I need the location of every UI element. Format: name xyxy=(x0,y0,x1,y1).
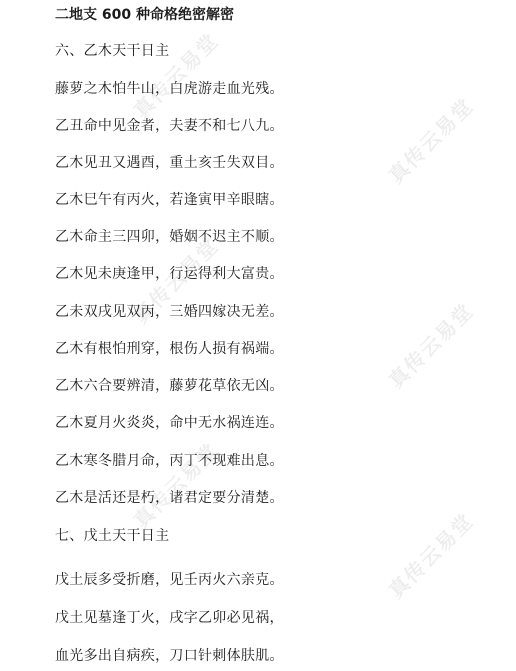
watermark: 真传云易堂 xyxy=(381,505,479,603)
verse-line: 乙未双戌见双丙，三婚四嫁决无差。 xyxy=(55,303,284,321)
verse-line: 乙木夏月火炎炎，命中无水祸连连。 xyxy=(55,414,284,432)
verse-line: 乙木见未庚逢甲，行运得利大富贵。 xyxy=(55,265,284,283)
watermark: 真传云易堂 xyxy=(381,295,479,393)
verse-line: 戊土见墓逢丁火，戌字乙卯必见祸， xyxy=(55,609,284,627)
document-page: 真传云易堂 真传云易堂 真传云易堂 真传云易堂 真传云易堂 真传云易堂 二地支 … xyxy=(0,0,516,671)
document-title: 二地支 600 种命格绝密解密 xyxy=(55,6,234,24)
verse-line: 藤萝之木怕牛山，白虎游走血光残。 xyxy=(55,80,284,98)
verse-line: 血光多出自病疾，刀口针刺体肤肌。 xyxy=(55,647,284,665)
section-heading: 七、戊土天干日主 xyxy=(55,527,169,545)
verse-line: 乙木见丑又遇酉，重土亥壬失双目。 xyxy=(55,154,284,172)
verse-line: 乙木有根怕刑穿，根伤人损有祸端。 xyxy=(55,340,284,358)
verse-line: 乙丑命中见金者，夫妻不和七八九。 xyxy=(55,117,284,135)
watermark: 真传云易堂 xyxy=(126,435,224,533)
verse-line: 戊土辰多受折磨，见壬丙火六亲克。 xyxy=(55,571,284,589)
verse-line: 乙木寒冬腊月命，丙丁不现难出息。 xyxy=(55,452,284,470)
verse-line: 乙木命主三四卯，婚姻不迟主不顺。 xyxy=(55,228,284,246)
verse-line: 乙木巳午有丙火，若逢寅甲辛眼瞎。 xyxy=(55,191,284,209)
watermark: 真传云易堂 xyxy=(381,90,479,188)
verse-line: 乙木是活还是朽，诸君定要分清楚。 xyxy=(55,489,284,507)
verse-line: 乙木六合要辨清，藤萝花草依无凶。 xyxy=(55,377,284,395)
section-heading: 六、乙木天干日主 xyxy=(55,42,169,60)
watermark: 真传云易堂 xyxy=(126,25,224,123)
